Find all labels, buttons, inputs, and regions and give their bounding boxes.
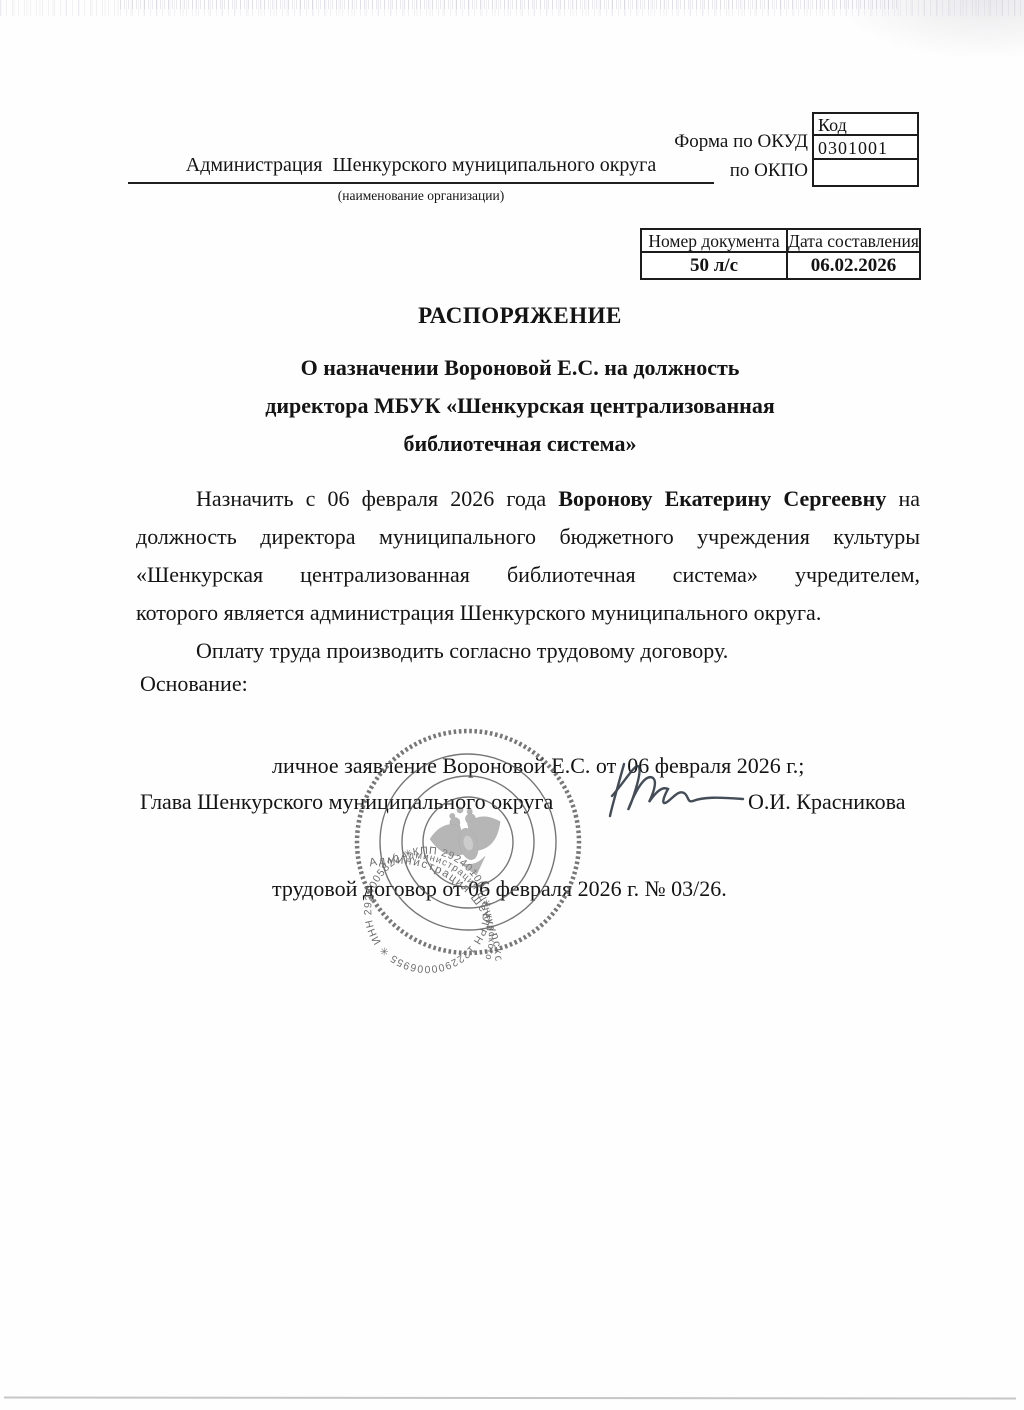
body-line-1-post: на xyxy=(886,486,920,511)
document-subject: О назначении Вороновой Е.С. на должность… xyxy=(120,349,920,463)
okud-code-cell: 0301001 xyxy=(814,136,917,160)
subject-line-2: директора МБУК «Шенкурская централизован… xyxy=(120,387,920,425)
okud-code-box: Код 0301001 xyxy=(812,112,919,187)
scanned-document-page: Код 0301001 Форма по ОКУД по ОКПО Админи… xyxy=(0,0,1024,1410)
handwritten-signature xyxy=(602,752,752,832)
signatory-name: О.И. Красникова xyxy=(748,789,905,815)
organization-name: Администрация Шенкурского муниципального… xyxy=(128,154,714,184)
body-line-1: Назначить с 06 февраля 2026 года Воронов… xyxy=(136,480,920,518)
okpo-empty-cell xyxy=(814,160,917,185)
form-okud-label: Форма по ОКУД xyxy=(638,131,808,153)
doc-info-table: Номер документа Дата составления 50 л/с … xyxy=(640,228,921,280)
body-line-4: которого является администрация Шенкурск… xyxy=(136,594,920,632)
scan-noise-streaks xyxy=(120,0,900,9)
appointee-name: Воронову Екатерину Сергеевну xyxy=(558,486,886,511)
basis-label: Основание: xyxy=(140,663,272,991)
subject-line-3: библиотечная система» xyxy=(120,425,920,463)
code-header-cell: Код xyxy=(814,114,917,136)
body-line-1-pre: Назначить с 06 февраля 2026 года xyxy=(196,486,558,511)
doc-number-cell: 50 л/с xyxy=(642,253,788,278)
body-line-2: должность директора муниципального бюдже… xyxy=(136,518,920,556)
document-title: РАСПОРЯЖЕНИЕ xyxy=(120,303,920,329)
body-paragraph: Назначить с 06 февраля 2026 года Воронов… xyxy=(136,480,920,670)
page-bottom-edge-line xyxy=(4,1397,1016,1400)
doc-date-header-cell: Дата составления xyxy=(788,230,919,253)
doc-number-header-cell: Номер документа xyxy=(642,230,788,253)
subject-line-1: О назначении Вороновой Е.С. на должность xyxy=(120,349,920,387)
body-line-3: «Шенкурская централизованная библиотечна… xyxy=(136,556,920,594)
scan-noise-corner xyxy=(834,0,1024,60)
doc-date-cell: 06.02.2026 xyxy=(788,253,919,278)
organization-caption: (наименование организации) xyxy=(128,188,714,204)
